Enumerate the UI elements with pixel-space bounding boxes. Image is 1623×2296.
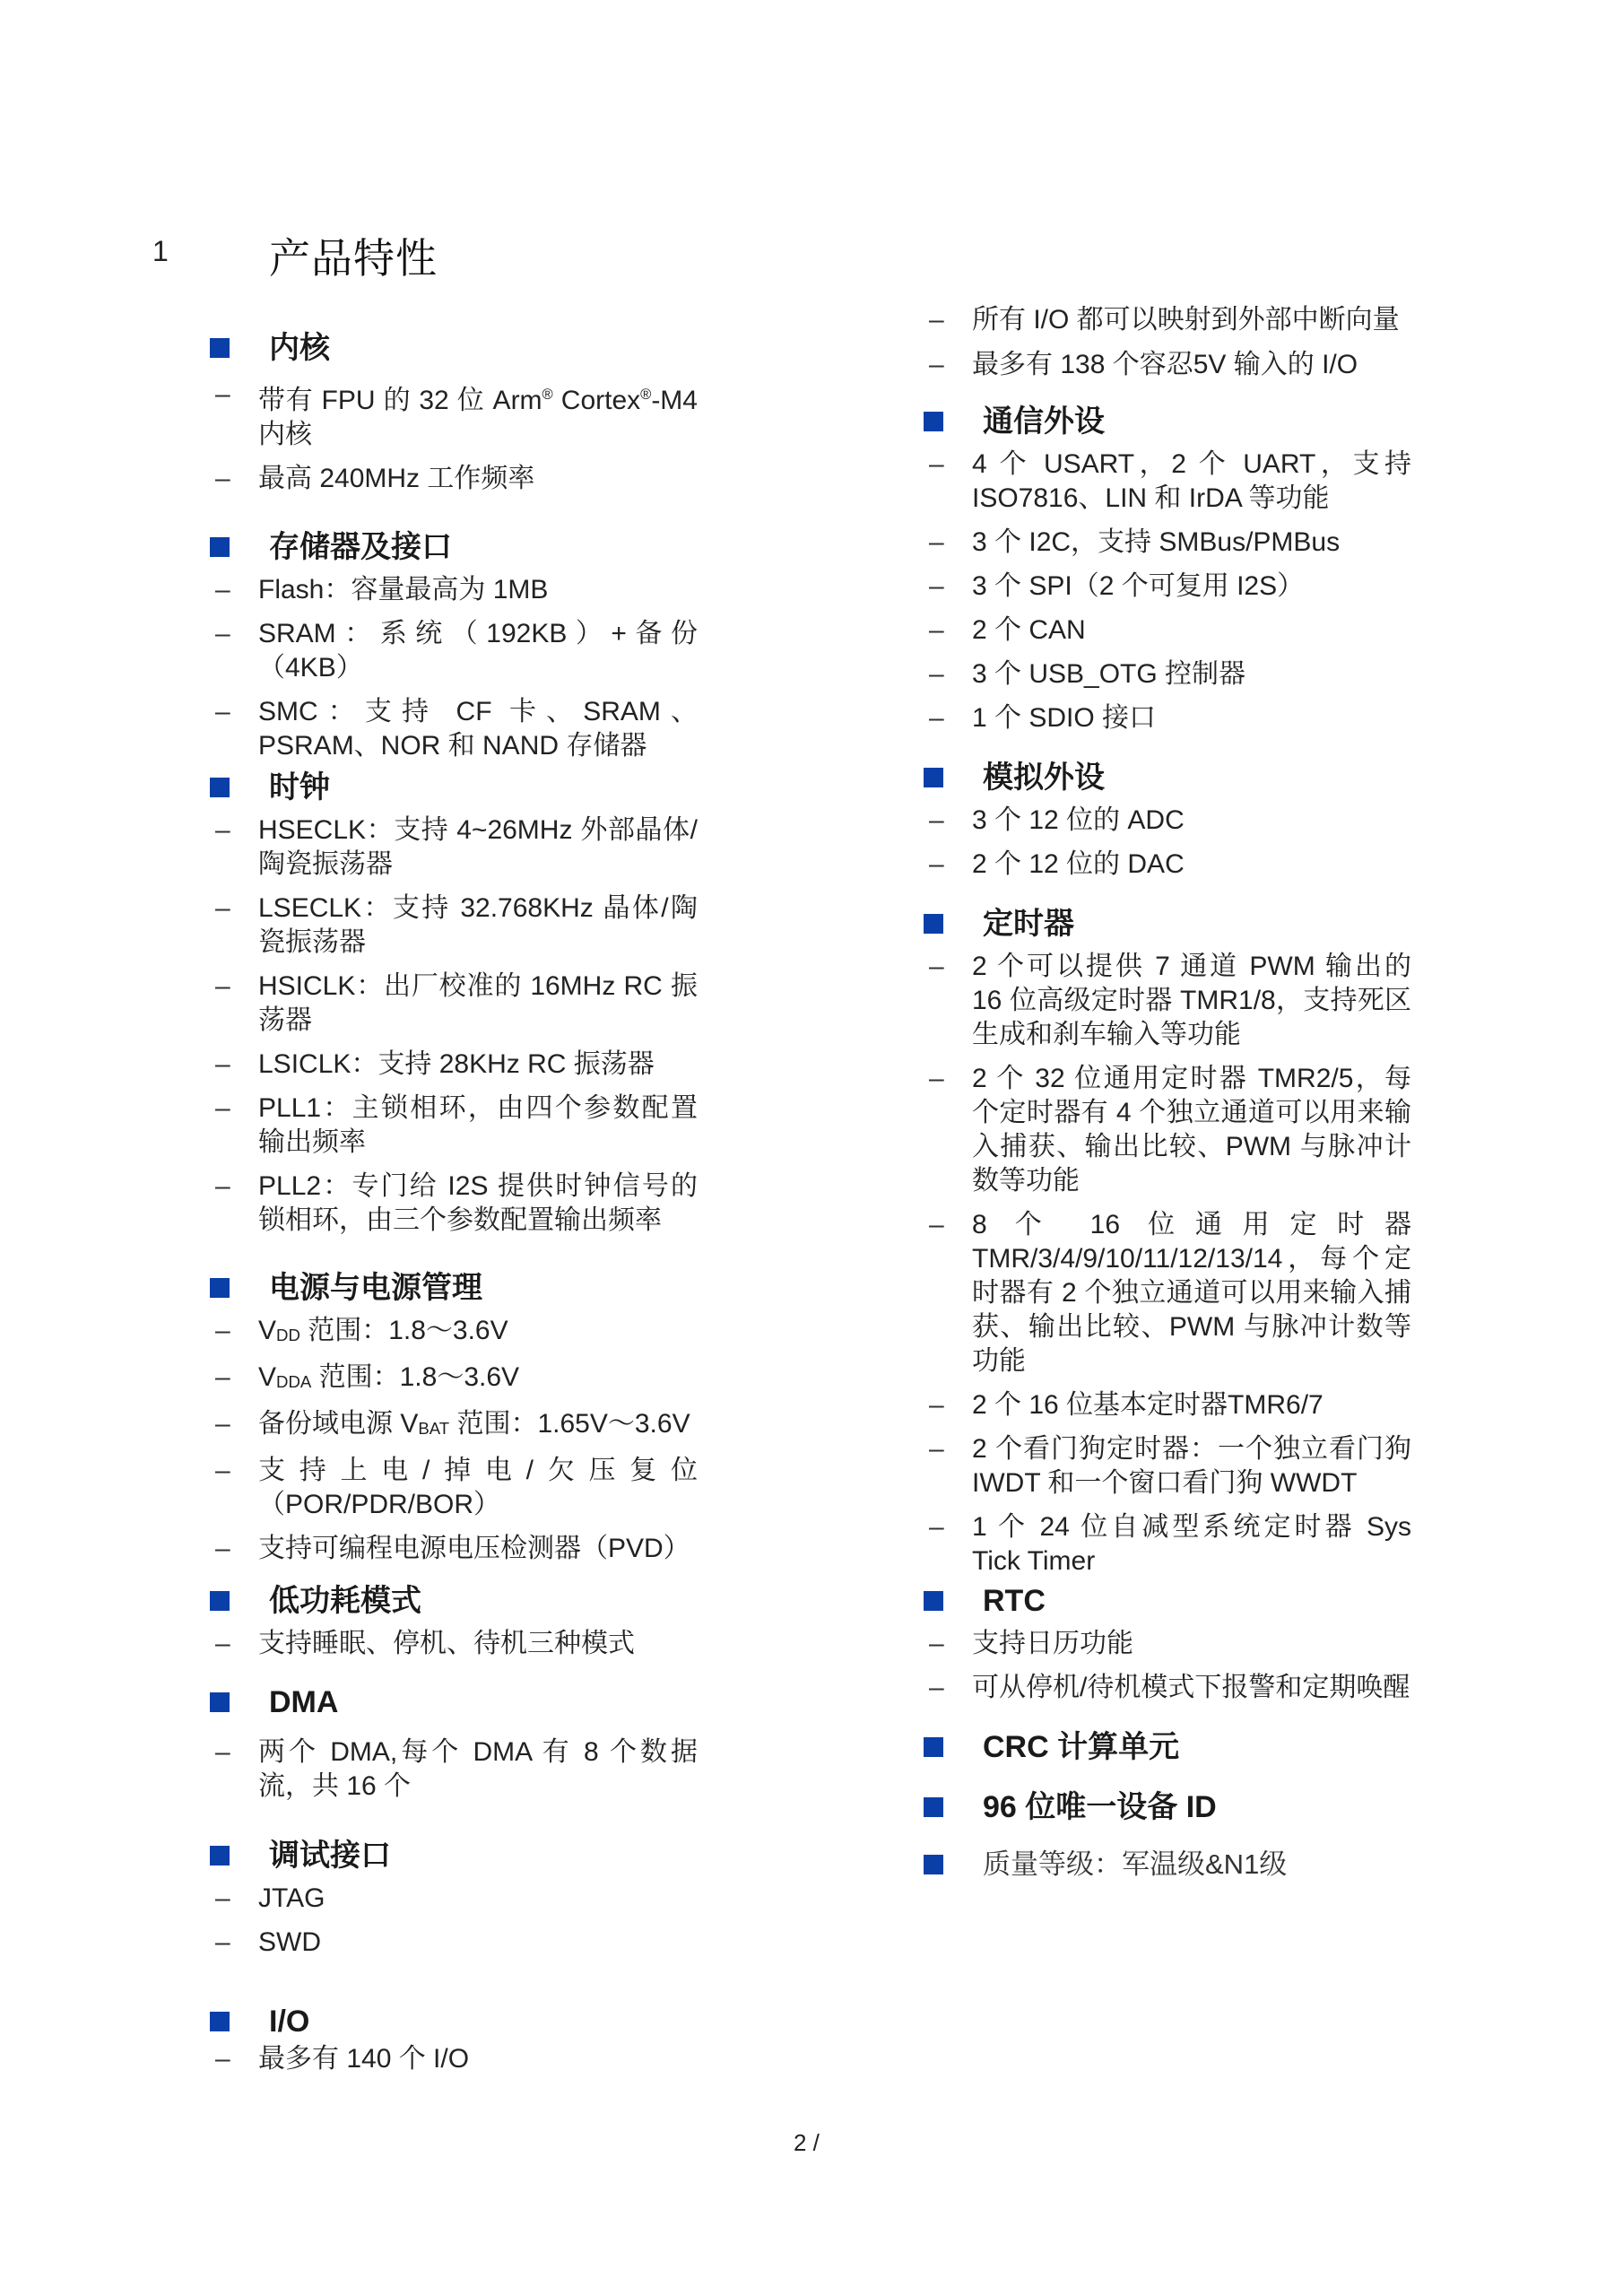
list-item: –PLL1：主锁相环，由四个参数配置输出频率	[210, 1091, 698, 1160]
bullet-square-icon	[210, 2012, 230, 2031]
section-clock: 时钟 –HSECLK：支持 4~26MHz 外部晶体/陶瓷振荡器 –LSECLK…	[210, 770, 698, 1248]
dash-icon: –	[929, 1627, 944, 1661]
list-item: –VDDA 范围：1.8～3.6V	[210, 1361, 698, 1397]
bullet-square-icon	[210, 1846, 230, 1865]
section-memory: 存储器及接口 –Flash：容量最高为 1MB –SRAM：系统（192KB）+…	[210, 529, 698, 773]
dash-icon: –	[215, 378, 230, 412]
dash-icon: –	[215, 1882, 230, 1916]
list-item: –2 个可以提供 7 通道 PWM 输出的 16 位高级定时器 TMR1/8，支…	[924, 950, 1411, 1052]
section-title: CRC 计算单元	[983, 1729, 1179, 1765]
dash-icon: –	[215, 1627, 230, 1661]
list-item: –2 个 12 位的 DAC	[924, 848, 1411, 882]
list-item: –2 个 16 位基本定时器TMR6/7	[924, 1388, 1411, 1422]
list-item: –JTAG	[210, 1882, 698, 1916]
list-item: –备份域电源 VBAT 范围：1.65V～3.6V	[210, 1407, 698, 1444]
list-item: –HSECLK：支持 4~26MHz 外部晶体/陶瓷振荡器	[210, 813, 698, 882]
bullet-square-icon	[924, 914, 943, 934]
bullet-square-icon	[210, 537, 230, 557]
dash-icon: –	[929, 348, 944, 382]
list-item: –最高 240MHz 工作频率	[210, 462, 698, 496]
list-item: –1 个 SDIO 接口	[924, 701, 1411, 735]
page-number: 2 /	[794, 2129, 820, 2157]
section-io: I/O –最多有 140 个 I/O	[210, 2004, 698, 2086]
list-item: –LSICLK：支持 28KHz RC 振荡器	[210, 1048, 698, 1082]
dash-icon: –	[929, 657, 944, 691]
dash-icon: –	[929, 950, 944, 984]
list-item: –支持睡眠、停机、待机三种模式	[210, 1627, 698, 1661]
section-communication: 通信外设 –4 个 USART，2 个 UART，支持 ISO7816、LIN …	[924, 404, 1411, 745]
dash-icon: –	[929, 613, 944, 648]
section-dma: DMA –两个 DMA,每个 DMA 有 8 个数据流，共 16 个	[210, 1684, 698, 1813]
bullet-square-icon	[924, 1797, 943, 1817]
list-item: –3 个 USB_OTG 控制器	[924, 657, 1411, 691]
dash-icon: –	[215, 1454, 230, 1488]
list-item: –Flash：容量最高为 1MB	[210, 573, 698, 607]
section-title: 低功耗模式	[269, 1583, 421, 1619]
section-debug: 调试接口 –JTAG –SWD	[210, 1838, 698, 1970]
dash-icon: –	[215, 2042, 230, 2076]
dash-icon: –	[215, 695, 230, 729]
dash-icon: –	[215, 462, 230, 496]
list-item: –3 个 12 位的 ADC	[924, 804, 1411, 838]
dash-icon: –	[929, 1671, 944, 1705]
section-title: 调试接口	[269, 1838, 391, 1874]
dash-icon: –	[929, 526, 944, 560]
section-title: DMA	[269, 1684, 338, 1720]
list-item: –SWD	[210, 1926, 698, 1960]
list-item: –支持上电/掉电/欠压复位（POR/PDR/BOR）	[210, 1454, 698, 1522]
dash-icon: –	[929, 1062, 944, 1096]
section-title: 定时器	[983, 906, 1074, 942]
list-item: –2 个 CAN	[924, 613, 1411, 648]
chapter-number: 1	[152, 235, 169, 268]
list-item: –3 个 SPI（2 个可复用 I2S）	[924, 570, 1411, 604]
section-analog: 模拟外设 –3 个 12 位的 ADC –2 个 12 位的 DAC	[924, 760, 1411, 891]
list-item: –SRAM：系统（192KB）+备份（4KB）	[210, 617, 698, 685]
dash-icon: –	[929, 1208, 944, 1242]
dash-icon: –	[929, 448, 944, 482]
bullet-square-icon	[210, 338, 230, 358]
dash-icon: –	[215, 1361, 230, 1395]
list-item: –支持可编程电源电压检测器（PVD）	[210, 1532, 698, 1566]
list-item: –两个 DMA,每个 DMA 有 8 个数据流，共 16 个	[210, 1735, 698, 1804]
dash-icon: –	[215, 617, 230, 651]
bullet-square-icon	[210, 778, 230, 797]
section-low-power: 低功耗模式 –支持睡眠、停机、待机三种模式	[210, 1583, 698, 1671]
list-item: –3 个 I2C，支持 SMBus/PMBus	[924, 526, 1411, 560]
list-item: –2 个看门狗定时器：一个独立看门狗 IWDT 和一个窗口看门狗 WWDT	[924, 1432, 1411, 1500]
dash-icon: –	[929, 570, 944, 604]
list-item: –VDD 范围：1.8～3.6V	[210, 1314, 698, 1351]
list-item: –8 个 16 位通用定时器 TMR/3/4/9/10/11/12/13/14，…	[924, 1208, 1411, 1378]
list-item: –SMC：支持 CF 卡、SRAM、PSRAM、NOR 和 NAND 存储器	[210, 695, 698, 763]
section-title: 模拟外设	[983, 760, 1105, 796]
dash-icon: –	[929, 1388, 944, 1422]
section-rtc: RTC –支持日历功能 –可从停机/待机模式下报警和定期唤醒	[924, 1583, 1411, 1715]
list-item: –可从停机/待机模式下报警和定期唤醒	[924, 1671, 1411, 1705]
list-item: –HSICLK：出厂校准的 16MHz RC 振荡器	[210, 970, 698, 1038]
dash-icon: –	[215, 1048, 230, 1082]
list-item: –最多有 140 个 I/O	[210, 2042, 698, 2076]
list-item: –4 个 USART，2 个 UART，支持 ISO7816、LIN 和 IrD…	[924, 448, 1411, 516]
section-title: I/O	[269, 2004, 309, 2039]
section-title: 电源与电源管理	[269, 1270, 482, 1306]
list-item: –最多有 138 个容忍5V 输入的 I/O	[924, 348, 1411, 382]
section-io-continued: –所有 I/O 都可以映射到外部中断向量 –最多有 138 个容忍5V 输入的 …	[924, 303, 1411, 392]
dash-icon: –	[929, 303, 944, 337]
bullet-square-icon	[924, 768, 943, 787]
dash-icon: –	[929, 701, 944, 735]
list-item: –支持日历功能	[924, 1627, 1411, 1661]
page-title: 产品特性	[269, 226, 438, 285]
section-core: 内核 –带有 FPU 的 32 位 Arm® Cortex®-M4 内核 –最高…	[210, 330, 698, 506]
section-title: 通信外设	[983, 404, 1105, 439]
list-item: –2 个 32 位通用定时器 TMR2/5，每个定时器有 4 个独立通道可以用来…	[924, 1062, 1411, 1198]
section-title: RTC	[983, 1583, 1046, 1619]
dash-icon: –	[215, 1407, 230, 1441]
dash-icon: –	[215, 1170, 230, 1204]
section-timers: 定时器 –2 个可以提供 7 通道 PWM 输出的 16 位高级定时器 TMR1…	[924, 906, 1411, 1588]
section-title: 96 位唯一设备 ID	[983, 1789, 1217, 1825]
dash-icon: –	[215, 970, 230, 1004]
dash-icon: –	[215, 1314, 230, 1348]
dash-icon: –	[215, 1532, 230, 1566]
dash-icon: –	[215, 573, 230, 607]
dash-icon: –	[215, 813, 230, 848]
section-title: 时钟	[269, 770, 330, 805]
list-item: –带有 FPU 的 32 位 Arm® Cortex®-M4 内核	[210, 378, 698, 452]
dash-icon: –	[215, 1926, 230, 1960]
dash-icon: –	[215, 1091, 230, 1126]
bullet-square-icon	[924, 1855, 943, 1874]
bullet-square-icon	[210, 1591, 230, 1611]
section-title: 质量等级：军温级&N1级	[983, 1847, 1287, 1883]
bullet-square-icon	[210, 1278, 230, 1298]
dash-icon: –	[215, 1735, 230, 1770]
section-power: 电源与电源管理 –VDD 范围：1.8～3.6V –VDDA 范围：1.8～3.…	[210, 1270, 698, 1576]
list-item: –1 个 24 位自减型系统定时器 Sys Tick Timer	[924, 1510, 1411, 1578]
list-item: –所有 I/O 都可以映射到外部中断向量	[924, 303, 1411, 337]
dash-icon: –	[929, 804, 944, 838]
dash-icon: –	[215, 891, 230, 926]
bullet-square-icon	[924, 1591, 943, 1611]
bullet-square-icon	[210, 1692, 230, 1712]
section-title: 内核	[269, 330, 330, 366]
bullet-square-icon	[924, 1737, 943, 1757]
dash-icon: –	[929, 1432, 944, 1466]
dash-icon: –	[929, 848, 944, 882]
dash-icon: –	[929, 1510, 944, 1544]
section-title: 存储器及接口	[269, 529, 452, 565]
list-item: –LSECLK：支持 32.768KHz 晶体/陶瓷振荡器	[210, 891, 698, 960]
bullet-square-icon	[924, 412, 943, 431]
list-item: –PLL2：专门给 I2S 提供时钟信号的锁相环，由三个参数配置输出频率	[210, 1170, 698, 1238]
